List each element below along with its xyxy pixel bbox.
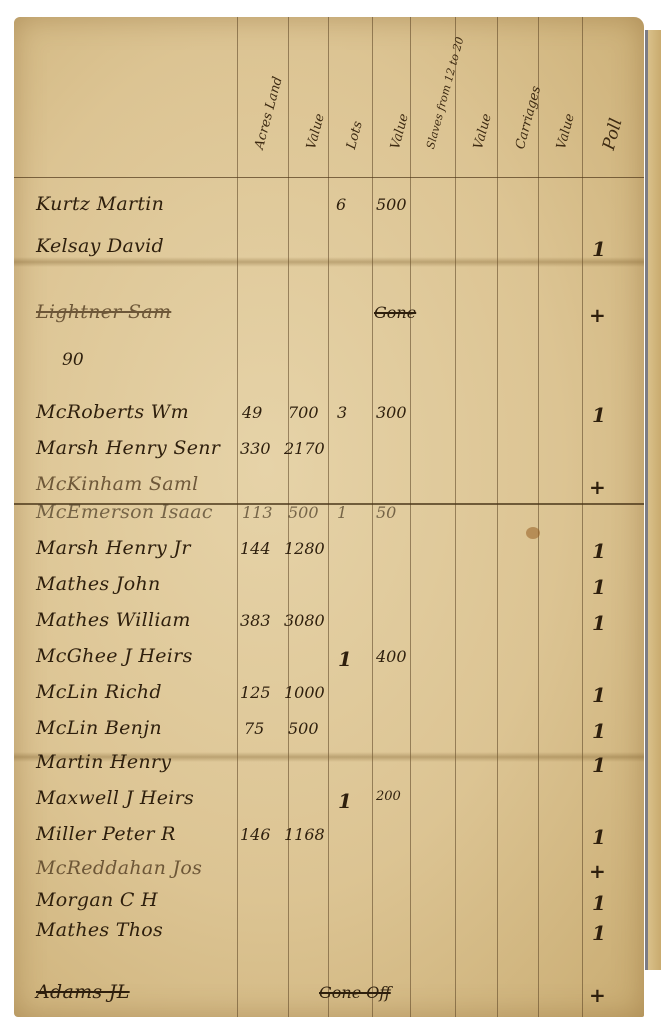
- poll-cell: 1: [592, 683, 606, 707]
- taxpayer-name: Maxwell J Heirs: [36, 787, 194, 809]
- poll-cell: 1: [592, 611, 606, 635]
- taxpayer-name: Adams JL: [36, 981, 130, 1003]
- lots-cell: 6: [336, 195, 346, 214]
- ledger-row: McGhee J Heirs 1 400: [14, 645, 644, 681]
- lots-value-cell: Gone Off: [319, 983, 391, 1002]
- poll-cell: 1: [592, 575, 606, 599]
- taxpayer-name: Mathes William: [36, 609, 191, 631]
- lots-value-cell: Gone: [374, 303, 416, 322]
- taxpayer-name: Marsh Henry Senr: [36, 437, 220, 459]
- taxpayer-name: Martin Henry: [36, 751, 171, 773]
- taxpayer-name: Kelsay David: [36, 235, 164, 257]
- lots-value-cell: 50: [376, 503, 396, 522]
- header-carriages-value: Value: [554, 112, 578, 151]
- land-value-cell: 500: [288, 719, 319, 738]
- ledger-row: Lightner Sam Gone +: [14, 301, 644, 337]
- taxpayer-name: Miller Peter R: [36, 823, 176, 845]
- header-acres-land: Acres Land: [252, 75, 286, 151]
- land-value-cell: 700: [288, 403, 319, 422]
- header-lots-value: Value: [388, 112, 412, 151]
- poll-cell: 1: [592, 753, 606, 777]
- poll-cell: 1: [592, 921, 606, 945]
- ledger-row: Kurtz Martin 6 500: [14, 193, 644, 229]
- ledger-row: Maxwell J Heirs 1 200: [14, 787, 644, 823]
- acres-cell: 144: [240, 539, 271, 558]
- ledger-page: Acres Land Value Lots Value Slaves from …: [14, 17, 644, 1017]
- acres-cell: 330: [240, 439, 271, 458]
- adjacent-page-edge: [645, 30, 661, 970]
- lots-value-cell: 300: [376, 403, 407, 422]
- header-lots: Lots: [344, 120, 366, 151]
- taxpayer-name: Mathes Thos: [36, 919, 163, 941]
- poll-cell: 1: [592, 891, 606, 915]
- land-value-cell: 1000: [284, 683, 325, 702]
- header-poll: Poll: [599, 116, 627, 152]
- land-value-cell: 2170: [284, 439, 325, 458]
- taxpayer-name: Lightner Sam: [36, 301, 171, 323]
- lots-cell: 1: [338, 789, 352, 813]
- poll-cell: 1: [592, 825, 606, 849]
- poll-cell: +: [589, 859, 606, 883]
- land-value-cell: 500: [288, 503, 319, 522]
- taxpayer-name: McKinham Saml: [36, 473, 199, 495]
- ledger-row: McEmerson Isaac 113 500 1 50: [14, 501, 644, 537]
- taxpayer-name: McEmerson Isaac: [36, 501, 213, 523]
- taxpayer-name: Mathes John: [36, 573, 161, 595]
- acres-cell: 113: [242, 503, 273, 522]
- taxpayer-name: McReddahan Jos: [36, 857, 202, 879]
- header-land-value: Value: [304, 112, 328, 151]
- ledger-row: McLin Benjn 75 500 1: [14, 717, 644, 753]
- acres-cell: 75: [244, 719, 264, 738]
- acres-cell: 125: [240, 683, 271, 702]
- taxpayer-name: McRoberts Wm: [36, 401, 189, 423]
- poll-cell: 1: [592, 237, 606, 261]
- poll-cell: +: [589, 475, 606, 499]
- acres-cell: 49: [242, 403, 262, 422]
- poll-cell: 1: [592, 403, 606, 427]
- ledger-row: Mathes William 383 3080 1: [14, 609, 644, 645]
- land-value-cell: 3080: [284, 611, 325, 630]
- ledger-row: Marsh Henry Jr 144 1280 1: [14, 537, 644, 573]
- taxpayer-name: McLin Richd: [36, 681, 162, 703]
- poll-cell: 1: [592, 539, 606, 563]
- taxpayer-name: Marsh Henry Jr: [36, 537, 191, 559]
- acres-cell: 146: [240, 825, 271, 844]
- lots-value-cell: 200: [376, 789, 401, 804]
- taxpayer-name: Morgan C H: [36, 889, 158, 911]
- taxpayer-name: Kurtz Martin: [36, 193, 164, 215]
- lots-cell: 3: [337, 403, 347, 422]
- margin-note: 90: [62, 350, 84, 370]
- lots-value-cell: 400: [376, 647, 407, 666]
- poll-cell: +: [589, 303, 606, 327]
- header-rule: [14, 177, 644, 178]
- taxpayer-name: McGhee J Heirs: [36, 645, 193, 667]
- ledger-row: McRoberts Wm 49 700 3 300 1: [14, 401, 644, 437]
- header-slaves-value: Value: [471, 112, 495, 151]
- lots-value-cell: 500: [376, 195, 407, 214]
- ledger-row: Martin Henry 1: [14, 751, 644, 787]
- ledger-row: Mathes John 1: [14, 573, 644, 609]
- land-value-cell: 1168: [284, 825, 325, 844]
- poll-cell: +: [589, 983, 606, 1007]
- ledger-row: Mathes Thos 1: [14, 919, 644, 955]
- ledger-row: Marsh Henry Senr 330 2170: [14, 437, 644, 473]
- ledger-row: Adams JL Gone Off +: [14, 981, 644, 1017]
- acres-cell: 383: [240, 611, 271, 630]
- taxpayer-name: McLin Benjn: [36, 717, 162, 739]
- lots-cell: 1: [337, 503, 347, 522]
- poll-cell: 1: [592, 719, 606, 743]
- ledger-row: McLin Richd 125 1000 1: [14, 681, 644, 717]
- lots-cell: 1: [338, 647, 352, 671]
- header-carriages: Carriages: [513, 84, 544, 150]
- header-slaves: Slaves from 12 to 20: [424, 36, 466, 151]
- land-value-cell: 1280: [284, 539, 325, 558]
- ledger-row: McReddahan Jos +: [14, 857, 644, 893]
- ledger-row: Kelsay David 1: [14, 235, 644, 271]
- ledger-row: Miller Peter R 146 1168 1: [14, 823, 644, 859]
